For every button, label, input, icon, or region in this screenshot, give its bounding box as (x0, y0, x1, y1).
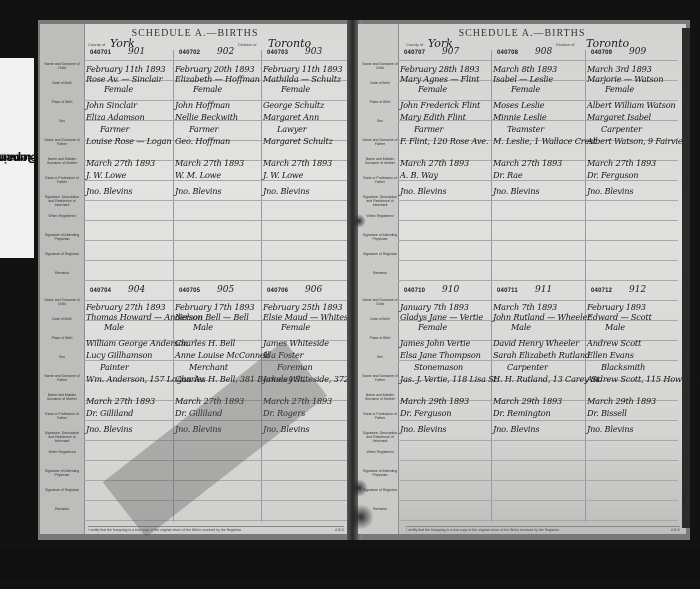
row-label: Sex (360, 355, 400, 359)
registrar-signature: Jno. Blevins (493, 424, 539, 434)
father-name: James Whiteside (263, 338, 329, 348)
sex: Female (605, 84, 634, 94)
row-label: Sex (360, 119, 400, 123)
row-label: Place of Birth (42, 336, 82, 340)
mother-name: Ellen Evans (587, 350, 634, 360)
registration-number: 040712 (591, 288, 612, 294)
mother-name: Elsa Jane Thompson (400, 350, 481, 360)
physician: Dr. Ferguson (587, 170, 638, 180)
father-occupation: Farmer (100, 124, 129, 134)
ink-stain (348, 504, 374, 530)
date-of-birth: February 25th 1893 (263, 302, 342, 312)
birth-entry: 040707907February 28th 1893Mary Agnes — … (398, 50, 491, 286)
child-name: Isabel — Leslie (493, 74, 553, 84)
row-label: Name and Maiden Surname of Mother (42, 157, 82, 165)
footer-note: I certify that the foregoing is a true c… (88, 528, 242, 532)
sex: Male (511, 322, 531, 332)
date-of-birth: March 8th 1893 (493, 64, 557, 74)
registration-number: 040704 (90, 288, 111, 294)
father-occupation: Teamster (507, 124, 544, 134)
row-label: Signature, Description and Residence of … (360, 195, 400, 207)
informant: Margaret Schultz (263, 136, 333, 146)
mother-name: Margaret Isabel (587, 112, 651, 122)
entry-number: 909 (629, 47, 646, 57)
row-label: Remarks (42, 507, 82, 511)
registration-number: 040710 (404, 288, 425, 294)
mother-name: Minnie Leslie (493, 112, 547, 122)
registration-date: March 27th 1893 (86, 158, 155, 168)
father-name: Albert William Watson (587, 100, 676, 110)
row-label: Date of Birth (360, 81, 400, 85)
row-label: Name and Surname of Child (360, 62, 400, 70)
informant: M. Leslie, 1 Wallace Crest (493, 136, 596, 146)
row-label: Signature of Registrar (360, 252, 400, 256)
entry-number: 905 (217, 285, 234, 295)
date-of-birth: January 7th 1893 (400, 302, 469, 312)
row-label: Name and Surname of Father (360, 374, 400, 382)
father-name: John Frederick Flint (400, 100, 480, 110)
date-of-birth: March 3rd 1893 (587, 64, 652, 74)
mother-name: Anne Louise McConnell (175, 350, 269, 360)
entry-number: 903 (305, 47, 322, 57)
physician: A. B. Way (400, 170, 438, 180)
child-name: Mary Agnes — Flint (400, 74, 479, 84)
birth-entry: 040703903February 11th 1893Mathilda — Sc… (261, 50, 350, 286)
physician: Dr. Bissell (587, 408, 627, 418)
registration-date: March 27th 1893 (400, 158, 469, 168)
row-label: Signature of Attending Physician (360, 233, 400, 241)
father-name: George Schultz (263, 100, 324, 110)
sex: Female (281, 322, 310, 332)
division-label: Division of (238, 42, 256, 47)
father-name: Charles H. Bell (175, 338, 235, 348)
sex: Male (193, 322, 213, 332)
row-label: Name and Maiden Surname of Mother (42, 393, 82, 401)
entry-number: 907 (442, 47, 459, 57)
row-label: Rank or Profession of Father (42, 176, 82, 184)
entry-number: 911 (535, 285, 552, 295)
registrar-signature: Jno. Blevins (263, 186, 309, 196)
row-label: Place of Birth (360, 100, 400, 104)
row-label: Sex (42, 119, 82, 123)
sex: Female (418, 322, 447, 332)
informant: Louise Rose — Logan (86, 136, 171, 146)
row-label: Name and Surname of Child (360, 298, 400, 306)
entry-number: 910 (442, 285, 459, 295)
footer-note: I certify that the foregoing is a true c… (406, 528, 560, 532)
row-label: Signature of Registrar (42, 488, 82, 492)
birth-entry: 040710910January 7th 1893Gladys Jane — V… (398, 288, 491, 524)
row-label: Name and Surname of Father (42, 138, 82, 146)
registration-number: 040703 (267, 50, 288, 56)
row-label: Signature of Attending Physician (42, 233, 82, 241)
registrar-signature: Jno. Blevins (86, 186, 132, 196)
division-value: Toronto (586, 37, 629, 50)
register-book: Name and Surname of ChildDate of BirthPl… (38, 20, 690, 540)
child-name: Elsie Maud — Whiteside (263, 312, 360, 322)
mother-name: Mary Edith Flint (400, 112, 466, 122)
physician: J. W. Lowe (263, 170, 303, 180)
entry-number: 901 (128, 47, 145, 57)
left-page: Name and Surname of ChildDate of BirthPl… (40, 24, 350, 534)
physician: Dr. Remington (493, 408, 551, 418)
entry-number: 906 (305, 285, 322, 295)
birth-entry: 040701901February 11th 1893Rose Av. — Si… (84, 50, 173, 286)
row-label: When Registered (360, 450, 400, 454)
row-label: When Registered (360, 214, 400, 218)
sex: Male (104, 322, 124, 332)
row-label: Signature, Description and Residence of … (360, 431, 400, 443)
physician: Dr. Ferguson (400, 408, 451, 418)
birth-entry: 040712912February 1893Edward — ScottMale… (585, 288, 678, 524)
entry-number: 902 (217, 47, 234, 57)
birth-entry: 040711911March 7th 1893John Rutland — Wh… (491, 288, 584, 524)
mother-name: Lucy Gillhamson (86, 350, 152, 360)
informant: Geo. Hoffman (175, 136, 230, 146)
child-name: Mathilda — Schultz (263, 74, 341, 84)
child-name: Edward — Scott (587, 312, 652, 322)
row-label: Signature, Description and Residence of … (42, 195, 82, 207)
entry-number: 908 (535, 47, 552, 57)
page-footer: I certify that the foregoing is a true c… (406, 526, 680, 532)
row-label: Date of Birth (360, 317, 400, 321)
registration-date: March 27th 1893 (86, 396, 155, 406)
mother-name: Sarah Elizabeth Rutland (493, 350, 590, 360)
child-name: Nelson Bell — Bell (175, 312, 249, 322)
date-of-birth: February 27th 1893 (86, 302, 165, 312)
ink-stain (352, 214, 366, 228)
date-of-birth: February 17th 1893 (175, 302, 254, 312)
informant: Albert Watson, 9 Fairview (587, 136, 689, 146)
registration-number: 040701 (90, 50, 111, 56)
registrar-signature: Jno. Blevins (587, 186, 633, 196)
entry-number: 912 (629, 285, 646, 295)
right-page: Name and Surname of ChildDate of BirthPl… (358, 24, 686, 534)
registration-number: 040705 (179, 288, 200, 294)
birth-entry: 040709909March 3rd 1893Marjorie — Watson… (585, 50, 678, 286)
row-label: Date of Birth (42, 81, 82, 85)
date-of-birth: February 11th 1893 (263, 64, 342, 74)
date-of-birth: February 28th 1893 (400, 64, 479, 74)
county-label: County of (406, 42, 423, 47)
informant: Jas. J. Vertie, 118 Lisa St. (400, 374, 499, 384)
father-occupation: Farmer (414, 124, 443, 134)
row-label: Signature of Registrar (42, 252, 82, 256)
page-edge-shadow (682, 28, 690, 528)
footer-page-mark: A B D (335, 528, 344, 532)
row-label: Date of Birth (42, 317, 82, 321)
date-of-birth: February 1893 (587, 302, 646, 312)
repaired-document-label: RepairedDocument (0, 58, 34, 258)
father-name: Andrew Scott (587, 338, 641, 348)
child-name: Rose Av. — Sinclair (86, 74, 162, 84)
row-label: Name and Surname of Child (42, 298, 82, 306)
row-labels-column: Name and Surname of ChildDate of BirthPl… (40, 24, 85, 534)
mother-name: Nellie Beckwith (175, 112, 238, 122)
registration-number: 040711 (497, 288, 518, 294)
mother-name: Eliza Adamson (86, 112, 145, 122)
date-of-birth: March 7th 1893 (493, 302, 557, 312)
father-occupation: Merchant (189, 362, 228, 372)
physician: Dr. Gilliland (86, 408, 133, 418)
division-label: Division of (556, 42, 574, 47)
row-label: Name and Surname of Father (360, 138, 400, 146)
physician: W. M. Lowe (175, 170, 221, 180)
registration-number: 040707 (404, 50, 425, 56)
registrar-signature: Jno. Blevins (86, 424, 132, 434)
father-occupation: Painter (100, 362, 129, 372)
father-occupation: Stonemason (414, 362, 463, 372)
child-name: John Rutland — Wheeler (493, 312, 591, 322)
registration-number: 040708 (497, 50, 518, 56)
registration-number: 040706 (267, 288, 288, 294)
registration-date: March 27th 1893 (175, 158, 244, 168)
row-label: Place of Birth (42, 100, 82, 104)
row-label: When Registered (42, 450, 82, 454)
row-label: Remarks (360, 271, 400, 275)
registrar-signature: Jno. Blevins (400, 186, 446, 196)
row-label: Signature of Attending Physician (42, 469, 82, 477)
row-label: When Registered (42, 214, 82, 218)
entries-grid: 040707907February 28th 1893Mary Agnes — … (398, 50, 678, 522)
row-label: Rank or Profession of Father (360, 412, 400, 420)
county-label: County of (88, 42, 105, 47)
father-occupation: Farmer (189, 124, 218, 134)
physician: Dr. Rae (493, 170, 522, 180)
row-label: Name and Maiden Surname of Mother (360, 157, 400, 165)
mother-name: Margaret Ann (263, 112, 319, 122)
registration-date: March 27th 1893 (263, 158, 332, 168)
row-label: Name and Maiden Surname of Mother (360, 393, 400, 401)
registration-date: March 29th 1893 (493, 396, 562, 406)
row-labels-column: Name and Surname of ChildDate of BirthPl… (358, 24, 399, 534)
registration-date: March 27th 1893 (587, 158, 656, 168)
birth-entry: 040708908March 8th 1893Isabel — LeslieFe… (491, 50, 584, 286)
sex: Female (104, 84, 133, 94)
row-label: Signature, Description and Residence of … (42, 431, 82, 443)
father-occupation: Lawyer (277, 124, 307, 134)
father-name: James John Vertie (400, 338, 470, 348)
sex: Female (418, 84, 447, 94)
child-name: Marjorie — Watson (587, 74, 663, 84)
row-label: Signature of Attending Physician (360, 469, 400, 477)
schedule-title: SCHEDULE A.—BIRTHS (358, 28, 686, 39)
registrar-signature: Jno. Blevins (587, 424, 633, 434)
row-label: Place of Birth (360, 336, 400, 340)
father-name: Moses Leslie (493, 100, 544, 110)
registration-number: 040709 (591, 50, 612, 56)
registration-date: March 27th 1893 (493, 158, 562, 168)
registration-date: March 29th 1893 (400, 396, 469, 406)
ink-stain (350, 479, 368, 497)
page-footer: I certify that the foregoing is a true c… (88, 526, 344, 532)
child-name: Elizabeth — Hoffman (175, 74, 260, 84)
father-occupation: Carpenter (507, 362, 548, 372)
date-of-birth: February 11th 1893 (86, 64, 165, 74)
father-name: John Sinclair (86, 100, 137, 110)
informant: F. Flint, 120 Rose Ave. (400, 136, 488, 146)
registration-date: March 29th 1893 (587, 396, 656, 406)
document-scan: RepairedDocument Name and Surname of Chi… (0, 0, 700, 589)
father-occupation: Carpenter (601, 124, 642, 134)
registrar-signature: Jno. Blevins (493, 186, 539, 196)
physician: J. W. Lowe (86, 170, 126, 180)
father-name: John Hoffman (175, 100, 230, 110)
row-label: Rank or Profession of Father (360, 176, 400, 184)
sex: Female (511, 84, 540, 94)
footer-page-mark: A B D (671, 528, 680, 532)
registrar-signature: Jno. Blevins (400, 424, 446, 434)
birth-entry: 040702902February 20th 1893Elizabeth — H… (173, 50, 262, 286)
sex: Female (281, 84, 310, 94)
father-name: David Henry Wheeler (493, 338, 579, 348)
sex: Female (193, 84, 222, 94)
entry-number: 904 (128, 285, 145, 295)
row-label: Sex (42, 355, 82, 359)
child-name: Gladys Jane — Vertie (400, 312, 483, 322)
row-label: Remarks (42, 271, 82, 275)
registrar-signature: Jno. Blevins (175, 186, 221, 196)
father-occupation: Blacksmith (601, 362, 645, 372)
scan-border-bottom (0, 549, 700, 579)
row-label: Name and Surname of Child (42, 62, 82, 70)
row-label: Name and Surname of Father (42, 374, 82, 382)
row-label: Rank or Profession of Father (42, 412, 82, 420)
registration-number: 040702 (179, 50, 200, 56)
sex: Male (605, 322, 625, 332)
date-of-birth: February 20th 1893 (175, 64, 254, 74)
